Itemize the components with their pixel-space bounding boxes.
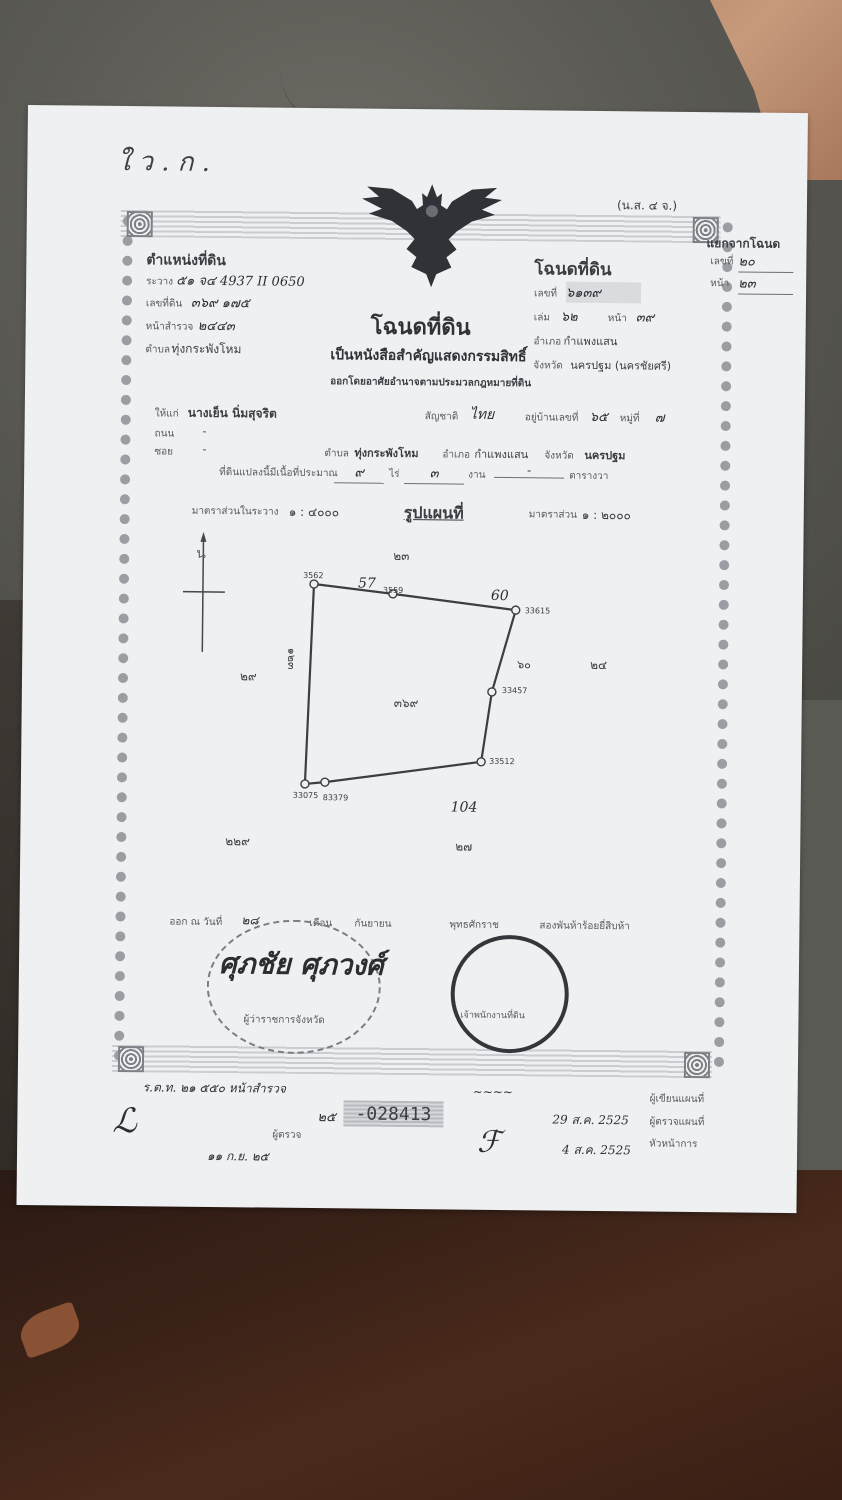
map-scale-label: มาตราส่วน	[529, 507, 577, 523]
parcel-value: ๓๖๙ ๑๗๕	[191, 292, 250, 314]
soi-label: ซอย	[154, 444, 173, 459]
grid-scale-value: ๑ : ๔๐๐๐	[289, 503, 340, 523]
map-title: รูปแผนที่	[404, 501, 464, 527]
form-code: (น.ส. ๔ จ.)	[617, 196, 677, 216]
survey-page-value: ๒๔๔๓	[198, 315, 235, 336]
deed-box-title: โฉนดที่ดิน	[534, 255, 612, 283]
grid-value: ๕๑ จ๔ 4937 II 0650	[176, 270, 305, 292]
subdistrict-label: ตำบล	[145, 342, 170, 357]
chief-signature: ℱ	[477, 1125, 501, 1160]
area-wa-label: ตารางวา	[569, 469, 608, 484]
marker-label: 33075	[293, 791, 319, 800]
marker-label: 3562	[303, 571, 323, 580]
marker-label: 33615	[525, 606, 551, 615]
grid-label: ระวาง	[146, 274, 173, 289]
province-label: จังหวัด	[533, 358, 563, 373]
volume-label: เล่ม	[534, 310, 550, 325]
volume-value: ๖๒	[561, 306, 578, 327]
soi-value: -	[202, 443, 206, 456]
area-rai-label: ไร่	[389, 467, 400, 482]
official-seal-right	[450, 934, 569, 1053]
map-writer-signature: ∼∼∼∼	[473, 1085, 513, 1099]
right-stamp-text: เจ้าพนักงานที่ดิน	[460, 1008, 525, 1023]
moo-label: หมู่ที่	[620, 411, 640, 426]
marker-label: 33457	[502, 686, 528, 695]
area-label: ที่ดินแปลงนี้มีเนื้อที่ประมาณ	[219, 465, 338, 481]
district-label: อำเภอ	[533, 334, 561, 349]
map-writer-label: ผู้เขียนแผนที่	[650, 1092, 705, 1108]
parcel-map	[180, 527, 664, 872]
issued-at-label: ออก ณ วันที่	[169, 915, 222, 931]
corner-ornament-icon	[127, 211, 153, 237]
moo-value: ๗	[655, 407, 665, 428]
house-number: ๖๕	[590, 406, 608, 427]
subdistrict-value: ทุ่งกระพังโหม	[171, 340, 241, 360]
marker-label: 83379	[323, 793, 349, 802]
given-to-label: ให้แก่	[155, 406, 179, 421]
chief-date: 4 ส.ค. 2525	[562, 1141, 631, 1161]
deed-main-title: โฉนดที่ดิน	[371, 309, 471, 345]
length-south: 104	[451, 799, 478, 815]
inspector-date: ๑๑ ก.ย. ๒๕	[207, 1147, 269, 1167]
area-ngan: ๓	[404, 462, 464, 485]
road-label: ถนน	[154, 426, 174, 441]
length-east: ๖๐	[517, 655, 531, 673]
survey-page-label: หน้าสำรวจ	[146, 319, 194, 334]
length-west: ๑๒๓	[282, 648, 300, 670]
map-writer-date: 29 ส.ค. 2525	[552, 1111, 629, 1131]
corner-ornament-icon	[684, 1052, 710, 1078]
issued-year: สองพันห้าร้อยยี่สิบห้า	[539, 918, 630, 934]
deed-subtitle: เป็นหนังสือสำคัญแสดงกรรมสิทธิ์	[330, 344, 526, 368]
garuda-emblem-icon	[356, 178, 507, 290]
deed-number: ๖๑๓๙	[566, 282, 641, 304]
land-title-deed-sheet: ใ ว . ก . (น.ส. ๔ จ.) แยกจากโฉนด เลขที่ …	[16, 105, 807, 1213]
split-from-number-label: เลขที่	[710, 254, 733, 269]
grid-scale-label: มาตราส่วนในระวาง	[192, 504, 279, 520]
marker-label: 3559	[383, 586, 403, 595]
road-value: -	[203, 425, 207, 438]
split-from-page: ๒๓	[738, 272, 793, 295]
province2-label: จังหวัด	[544, 448, 574, 463]
chief-label: หัวหน้าการ	[649, 1137, 697, 1153]
neighbor-south: ๒๗	[455, 838, 472, 857]
parcel-number-label: ๓๖๙	[394, 694, 419, 713]
length-north-right: 60	[491, 588, 509, 604]
nationality-value: ไทย	[470, 404, 495, 426]
amphoe-label: อำเภอ	[442, 447, 470, 462]
deed-number-label: เลขที่	[534, 286, 557, 301]
tambon-label: ตำบล	[324, 446, 349, 461]
left-stamp-text: ผู้ว่าราชการจังหวัด	[243, 1012, 325, 1028]
marker-label: 33512	[489, 757, 515, 766]
wood-table-background	[0, 1170, 842, 1500]
page-value: ๓๙	[636, 306, 655, 327]
owner-name: นางเย็น นิ่มสุจริต	[188, 404, 277, 424]
north-label: น	[196, 543, 206, 565]
length-north-left: 57	[358, 575, 376, 591]
nationality-label: สัญชาติ	[425, 409, 459, 424]
split-from-page-label: หน้า	[710, 276, 729, 291]
neighbor-north: ๒๓	[393, 547, 409, 566]
map-inspector-label: ผู้ตรวจแผนที่	[649, 1115, 704, 1131]
serial-prefix: ๒๕	[317, 1106, 336, 1127]
district-value: กำแพงแสน	[563, 332, 617, 351]
amphoe-value: กำแพงแสน	[474, 445, 528, 464]
province-value: นครปฐม (นครชัยศรี)	[570, 356, 671, 375]
corner-ornament-icon	[118, 1046, 144, 1072]
map-scale-value: ๑ : ๒๐๐๐	[582, 506, 631, 526]
governor-signature: ศุภชัย ศุภวงศ์	[219, 942, 384, 988]
deed-authority-line: ออกโดยอาศัยอำนาจตามประมวลกฎหมายที่ดิน	[330, 374, 531, 391]
surveyor-note: ร.ต.ท. ๒๑ ๕๕๐ หน้าสำรวจ	[143, 1078, 286, 1098]
surveyor-signature: ℒ	[112, 1101, 137, 1141]
address-label: อยู่บ้านเลขที่	[525, 410, 579, 426]
neighbor-southwest: ๒๒๙	[225, 832, 250, 851]
issued-month: กันยายน	[354, 916, 391, 931]
land-location-title: ตำแหน่งที่ดิน	[146, 249, 226, 272]
parcel-label: เลขที่ดิน	[146, 296, 182, 311]
header-handwritten-marks: ใ ว . ก .	[117, 141, 210, 183]
area-ngan-label: งาน	[468, 468, 485, 483]
neighbor-west: ๒๙	[240, 667, 257, 686]
area-rai: ๙	[334, 461, 384, 484]
split-from-number: ๒๐	[738, 250, 793, 273]
neighbor-east: ๒๔	[590, 656, 607, 675]
tambon-value: ทุ่งกระพังโหม	[354, 443, 418, 462]
area-wa: -	[494, 463, 564, 479]
serial-number: -028413	[343, 1100, 443, 1127]
inspector-label: ผู้ตรวจ	[272, 1128, 301, 1143]
page-label: หน้า	[608, 311, 627, 326]
province2-value: นครปฐม	[584, 446, 625, 464]
issued-year-label: พุทธศักราช	[449, 917, 499, 933]
